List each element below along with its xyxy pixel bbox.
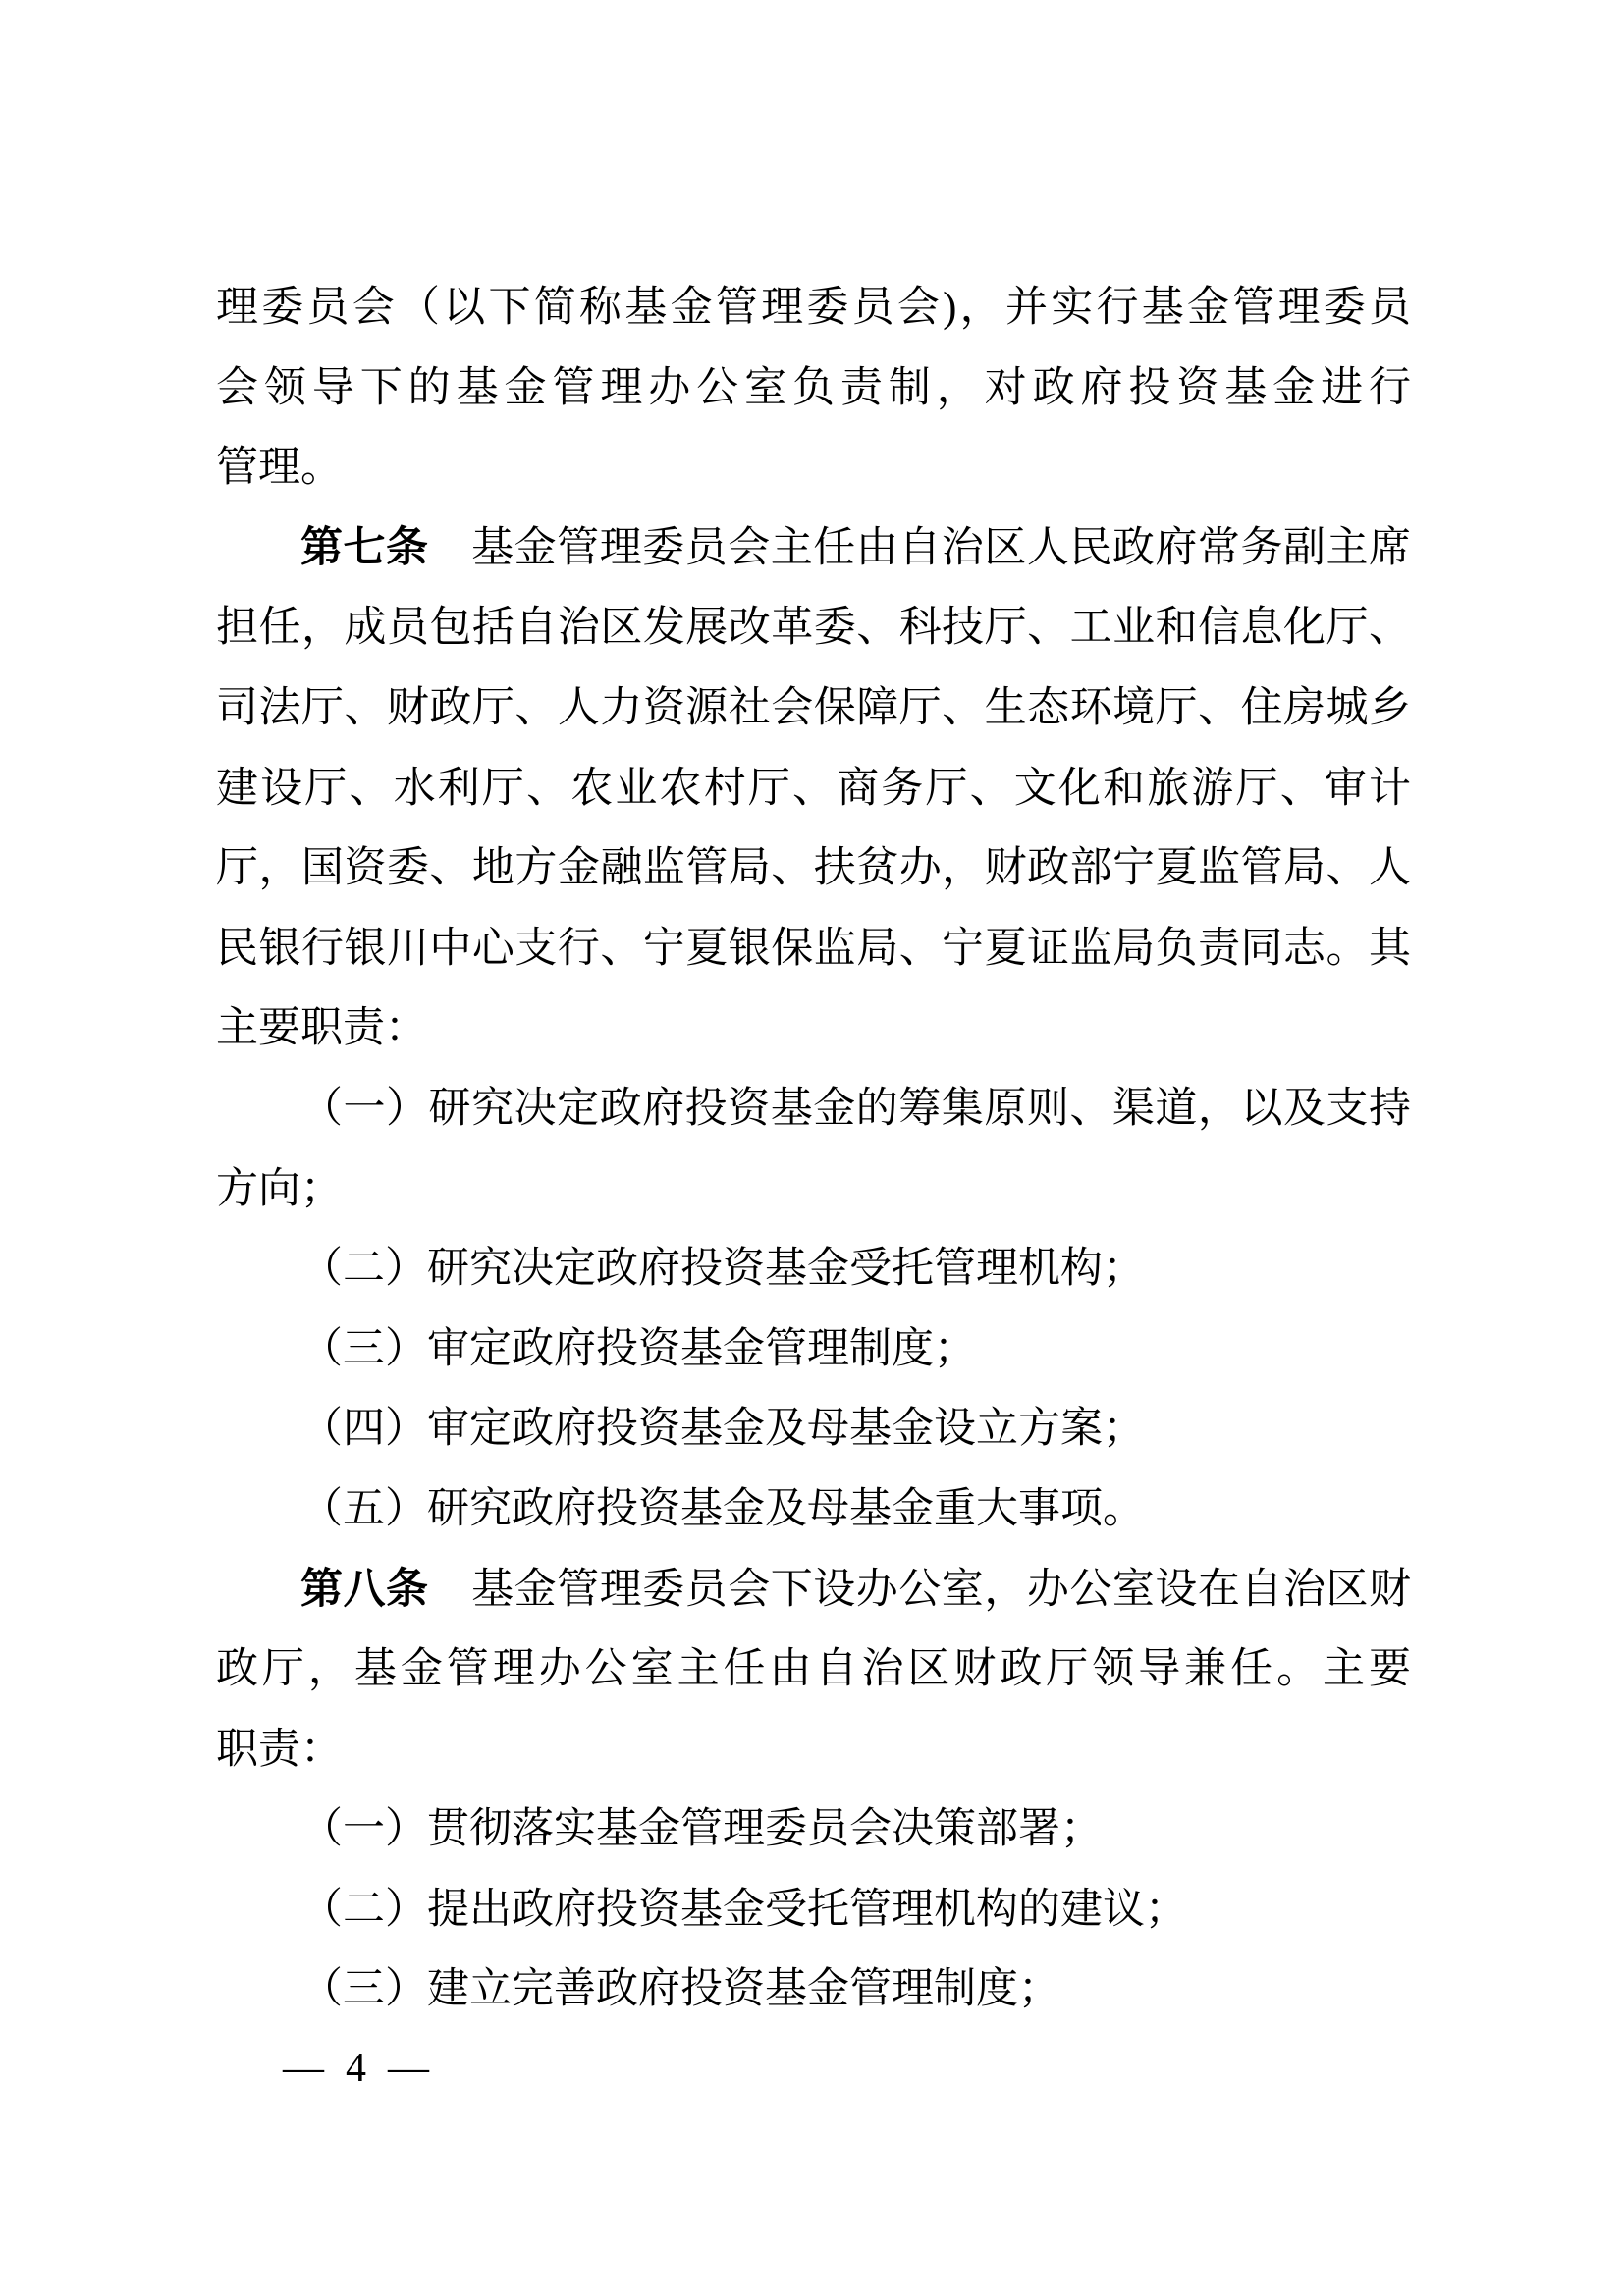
text-line: 会领导下的基金管理办公室负责制，对政府投资基金进行 — [216, 348, 1411, 429]
document-page: 理委员会（以下简称基金管理委员会)，并实行基金管理委员会领导下的基金管理办公室负… — [0, 0, 1624, 2296]
document-body: 理委员会（以下简称基金管理委员会)，并实行基金管理委员会领导下的基金管理办公室负… — [216, 268, 1411, 2030]
text-line: 司法厅、财政厅、人力资源社会保障厅、生态环境厅、住房城乡 — [216, 668, 1411, 749]
text-line: 职责： — [216, 1710, 1411, 1790]
page-footer: —4— — [283, 2028, 429, 2109]
text-segment: 理委员会（以下简称基金管理委员会)，并实行基金管理委员 — [216, 285, 1411, 331]
text-segment: 建设厅、水利厅、农业农村厅、商务厅、文化和旅游厅、审计 — [216, 766, 1411, 812]
footer-dash-left: — — [283, 2046, 324, 2091]
text-segment: 会领导下的基金管理办公室负责制，对政府投资基金进行 — [216, 365, 1411, 411]
text-segment: 司法厅、财政厅、人力资源社会保障厅、生态环境厅、住房城乡 — [216, 685, 1411, 731]
text-segment: 基金管理委员会主任由自治区人民政府常务副主席 — [429, 525, 1411, 571]
text-segment: 管理。 — [216, 445, 343, 491]
text-segment: 方向； — [216, 1166, 343, 1212]
text-line: （二）研究决定政府投资基金受托管理机构； — [216, 1229, 1411, 1309]
text-line: （四）审定政府投资基金及母基金设立方案； — [216, 1389, 1411, 1469]
text-segment: 民银行银川中心支行、宁夏银保监局、宁夏证监局负责同志。其 — [216, 926, 1411, 972]
text-segment: 担任，成员包括自治区发展改革委、科技厅、工业和信息化厅、 — [216, 605, 1411, 651]
footer-dash-right: — — [388, 2046, 429, 2091]
text-segment: （一）研究决定政府投资基金的筹集原则、渠道，以及支持 — [300, 1086, 1411, 1132]
text-line: （二）提出政府投资基金受托管理机构的建议； — [216, 1870, 1411, 1950]
article-number: 第七条 — [300, 524, 429, 571]
text-line: （三）审定政府投资基金管理制度； — [216, 1309, 1411, 1390]
text-segment: 职责： — [216, 1727, 343, 1773]
text-line: 第七条 基金管理委员会主任由自治区人民政府常务副主席 — [216, 508, 1411, 589]
text-line: （一）贯彻落实基金管理委员会决策部署； — [216, 1789, 1411, 1870]
text-segment: （三）审定政府投资基金管理制度； — [300, 1326, 976, 1372]
text-line: 担任，成员包括自治区发展改革委、科技厅、工业和信息化厅、 — [216, 588, 1411, 668]
text-segment: （四）审定政府投资基金及母基金设立方案； — [300, 1406, 1145, 1452]
text-line: （五）研究政府投资基金及母基金重大事项。 — [216, 1469, 1411, 1550]
text-segment: （三）建立完善政府投资基金管理制度； — [300, 1966, 1060, 2012]
text-segment: 政厅，基金管理办公室主任由自治区财政厅领导兼任。主要 — [216, 1646, 1411, 1692]
article-number: 第八条 — [300, 1566, 429, 1613]
text-segment: 基金管理委员会下设办公室，办公室设在自治区财 — [429, 1567, 1411, 1613]
text-line: 民银行银川中心支行、宁夏银保监局、宁夏证监局负责同志。其 — [216, 909, 1411, 989]
text-line: 建设厅、水利厅、农业农村厅、商务厅、文化和旅游厅、审计 — [216, 749, 1411, 829]
text-line: 管理。 — [216, 428, 1411, 508]
text-segment: （一）贯彻落实基金管理委员会决策部署； — [300, 1806, 1103, 1852]
page-number: 4 — [346, 2028, 366, 2109]
text-line: 政厅，基金管理办公室主任由自治区财政厅领导兼任。主要 — [216, 1629, 1411, 1710]
text-line: 理委员会（以下简称基金管理委员会)，并实行基金管理委员 — [216, 268, 1411, 348]
text-line: 方向； — [216, 1149, 1411, 1230]
text-segment: （二）研究决定政府投资基金受托管理机构； — [300, 1246, 1145, 1292]
text-segment: 厅，国资委、地方金融监管局、扶贫办，财政部宁夏监管局、人 — [216, 845, 1411, 891]
text-line: 厅，国资委、地方金融监管局、扶贫办，财政部宁夏监管局、人 — [216, 828, 1411, 909]
text-segment: 主要职责： — [216, 1005, 427, 1051]
text-line: （一）研究决定政府投资基金的筹集原则、渠道，以及支持 — [216, 1069, 1411, 1149]
text-line: 主要职责： — [216, 988, 1411, 1069]
text-segment: （二）提出政府投资基金受托管理机构的建议； — [300, 1887, 1187, 1933]
text-line: 第八条 基金管理委员会下设办公室，办公室设在自治区财 — [216, 1550, 1411, 1630]
text-segment: （五）研究政府投资基金及母基金重大事项。 — [300, 1486, 1145, 1532]
text-line: （三）建立完善政府投资基金管理制度； — [216, 1949, 1411, 2030]
